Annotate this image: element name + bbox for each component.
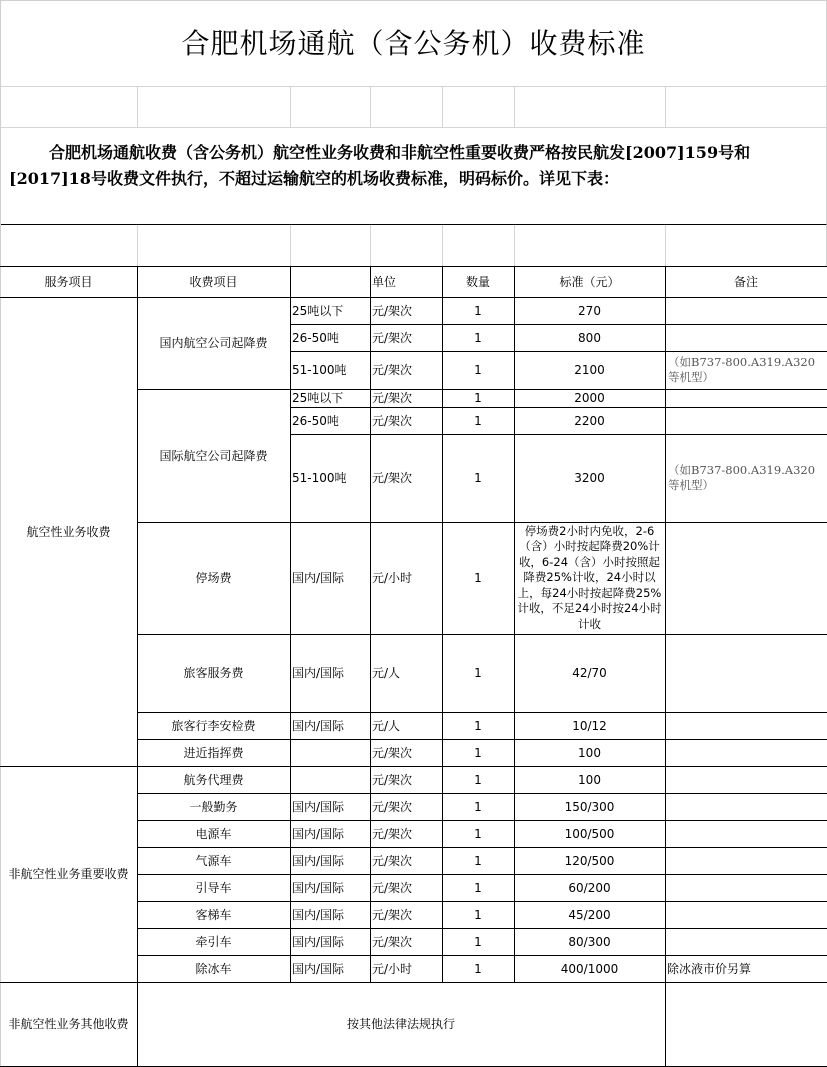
row-remark [665, 793, 827, 821]
row-remark [665, 766, 827, 794]
header-service: 服务项目 [0, 266, 138, 298]
other-fee-text: 按其他法律法规执行 [137, 982, 666, 1067]
row-remark: （如B737-800.A319.A320等机型） [665, 434, 827, 523]
row-standard: 45/200 [514, 901, 666, 929]
row-standard: 停场费2小时内免收，2-6（含）小时按起降费20%计收，6-24（含）小时按照起… [514, 522, 666, 635]
row-standard: 2000 [514, 389, 666, 408]
row-quantity: 1 [442, 434, 515, 523]
other-fee-remark [665, 982, 827, 1067]
row-unit: 元/架次 [370, 351, 443, 390]
empty-cell [515, 225, 666, 267]
page-title: 合肥机场通航（含公务机）收费标准 [1, 1, 827, 87]
description-paragraph: 合肥机场通航收费（含公务机）航空性业务收费和非航空性重要收费严格按民航发[200… [1, 128, 827, 225]
row-unit: 元/架次 [370, 739, 443, 767]
row-remark [665, 712, 827, 740]
row-remark [665, 874, 827, 902]
row-sub: 51-100吨 [290, 351, 371, 390]
row-remark [665, 407, 827, 435]
row-item: 旅客行李安检费 [137, 712, 291, 740]
fee-standard-sheet: 合肥机场通航（含公务机）收费标准 合肥机场通航收费（含公务机）航空性业务收费和非… [0, 0, 827, 1067]
row-item: 停场费 [137, 522, 291, 635]
row-quantity: 1 [442, 522, 515, 635]
row-unit: 元/架次 [370, 297, 443, 325]
row-item: 牵引车 [137, 928, 291, 956]
row-item: 除冰车 [137, 955, 291, 983]
row-sub: 国内/国际 [290, 793, 371, 821]
row-standard: 2100 [514, 351, 666, 390]
row-standard: 100/500 [514, 820, 666, 848]
row-item: 一般勤务 [137, 793, 291, 821]
row-sub: 国内/国际 [290, 712, 371, 740]
row-sub: 国内/国际 [290, 955, 371, 983]
empty-cell [666, 225, 827, 267]
row-unit: 元/架次 [370, 874, 443, 902]
group-nonaero-main-label: 非航空性业务重要收费 [0, 766, 138, 983]
row-standard: 120/500 [514, 847, 666, 875]
empty-cell [1, 87, 138, 128]
row-standard: 42/70 [514, 634, 666, 713]
row-standard: 3200 [514, 434, 666, 523]
row-sub: 25吨以下 [290, 297, 371, 325]
row-sub: 国内/国际 [290, 820, 371, 848]
row-quantity: 1 [442, 389, 515, 408]
row-quantity: 1 [442, 297, 515, 325]
row-unit: 元/小时 [370, 522, 443, 635]
group-aero-label: 航空性业务收费 [0, 297, 138, 767]
row-item: 电源车 [137, 820, 291, 848]
row-unit: 元/架次 [370, 407, 443, 435]
intl-landing-label: 国际航空公司起降费 [137, 389, 291, 523]
group-nonaero-other-label: 非航空性业务其他收费 [0, 982, 138, 1067]
empty-cell [291, 87, 371, 128]
row-standard: 60/200 [514, 874, 666, 902]
empty-cell [515, 87, 666, 128]
row-sub: 国内/国际 [290, 847, 371, 875]
row-item: 进近指挥费 [137, 739, 291, 767]
row-sub: 国内/国际 [290, 634, 371, 713]
row-quantity: 1 [442, 324, 515, 352]
row-standard: 100 [514, 766, 666, 794]
row-item: 引导车 [137, 874, 291, 902]
row-item: 气源车 [137, 847, 291, 875]
row-standard: 400/1000 [514, 955, 666, 983]
row-quantity: 1 [442, 847, 515, 875]
empty-cell [1, 225, 138, 267]
row-standard: 150/300 [514, 793, 666, 821]
row-remark [665, 820, 827, 848]
row-sub [290, 766, 371, 794]
row-sub: 国内/国际 [290, 901, 371, 929]
row-standard: 100 [514, 739, 666, 767]
row-unit: 元/小时 [370, 955, 443, 983]
row-quantity: 1 [442, 766, 515, 794]
row-quantity: 1 [442, 928, 515, 956]
row-item: 航务代理费 [137, 766, 291, 794]
row-unit: 元/架次 [370, 324, 443, 352]
row-quantity: 1 [442, 351, 515, 390]
header-sub [290, 266, 371, 298]
row-remark [665, 634, 827, 713]
row-remark [665, 522, 827, 635]
row-standard: 2200 [514, 407, 666, 435]
row-remark [665, 901, 827, 929]
row-quantity: 1 [442, 874, 515, 902]
row-quantity: 1 [442, 634, 515, 713]
row-unit: 元/架次 [370, 847, 443, 875]
row-quantity: 1 [442, 739, 515, 767]
row-remark: 除冰液市价另算 [665, 955, 827, 983]
row-remark: （如B737-800.A319.A320等机型） [665, 351, 827, 390]
row-item: 旅客服务费 [137, 634, 291, 713]
header-quantity: 数量 [442, 266, 515, 298]
row-unit: 元/架次 [370, 820, 443, 848]
header-standard: 标准（元） [514, 266, 666, 298]
row-remark [665, 389, 827, 408]
row-remark [665, 928, 827, 956]
row-item: 客梯车 [137, 901, 291, 929]
row-unit: 元/架次 [370, 793, 443, 821]
row-unit: 元/架次 [370, 389, 443, 408]
row-unit: 元/架次 [370, 766, 443, 794]
row-quantity: 1 [442, 712, 515, 740]
row-sub: 国内/国际 [290, 874, 371, 902]
row-remark [665, 847, 827, 875]
header-fee-item: 收费项目 [137, 266, 291, 298]
row-sub: 国内/国际 [290, 928, 371, 956]
empty-cell [371, 225, 443, 267]
empty-cell [666, 87, 827, 128]
row-sub: 26-50吨 [290, 324, 371, 352]
row-quantity: 1 [442, 820, 515, 848]
row-sub: 26-50吨 [290, 407, 371, 435]
header-remark: 备注 [665, 266, 827, 298]
row-remark [665, 324, 827, 352]
row-standard: 80/300 [514, 928, 666, 956]
row-sub: 51-100吨 [290, 434, 371, 523]
row-sub: 25吨以下 [290, 389, 371, 408]
row-standard: 270 [514, 297, 666, 325]
row-sub: 国内/国际 [290, 522, 371, 635]
row-unit: 元/架次 [370, 434, 443, 523]
row-quantity: 1 [442, 955, 515, 983]
row-remark [665, 739, 827, 767]
row-unit: 元/架次 [370, 928, 443, 956]
row-unit: 元/架次 [370, 901, 443, 929]
header-unit: 单位 [370, 266, 443, 298]
row-quantity: 1 [442, 407, 515, 435]
row-sub [290, 739, 371, 767]
row-standard: 10/12 [514, 712, 666, 740]
empty-cell [443, 225, 515, 267]
row-quantity: 1 [442, 793, 515, 821]
empty-cell [138, 87, 291, 128]
empty-cell [138, 225, 291, 267]
empty-cell [371, 87, 443, 128]
row-standard: 800 [514, 324, 666, 352]
row-quantity: 1 [442, 901, 515, 929]
row-unit: 元/人 [370, 712, 443, 740]
row-remark [665, 297, 827, 325]
domestic-landing-label: 国内航空公司起降费 [137, 297, 291, 390]
empty-cell [443, 87, 515, 128]
empty-cell [291, 225, 371, 267]
row-unit: 元/人 [370, 634, 443, 713]
